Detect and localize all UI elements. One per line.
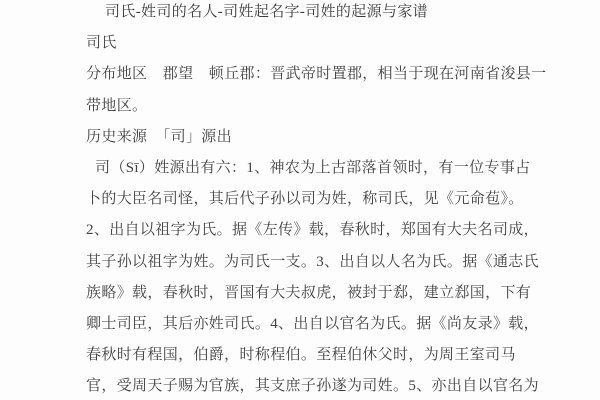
history-origin-heading: 历史来源 「司」源出 xyxy=(86,122,526,153)
surname-heading: 司氏 xyxy=(86,28,526,59)
origin-paragraph-line-4: 其子孙以祖字为姓。为司氏一支。3、出自以人名为氏。据《通志氏 xyxy=(86,247,526,278)
distribution-region-line-2: 带地区。 xyxy=(86,91,526,122)
origin-paragraph-line-7: 春秋时有程国，伯爵，时称程伯。至程伯休父时，为周王室司马 xyxy=(86,340,526,371)
document-page: 司氏-姓司的名人-司姓起名字-司姓的起源与家谱 司氏 分布地区 郡望 顿丘郡：晋… xyxy=(0,0,600,400)
origin-paragraph-line-2: 卜的大臣名司怪，其后代子孙以司为姓，称司氏，见《元命苞》。 xyxy=(86,184,526,215)
document-title: 司氏-姓司的名人-司姓起名字-司姓的起源与家谱 xyxy=(86,0,526,28)
origin-paragraph-line-8: 官，受周天子赐为官族，其支庶子孙遂为司姓。5、亦出自以官名为 xyxy=(86,371,526,400)
document-content: 司氏-姓司的名人-司姓起名字-司姓的起源与家谱 司氏 分布地区 郡望 顿丘郡：晋… xyxy=(86,0,526,400)
origin-paragraph-line-1: 司（Sī）姓源出有六：1、神农为上古部落首领时，有一位专事占 xyxy=(86,153,526,184)
origin-paragraph-line-3: 2、出自以祖字为氏。据《左传》载，春秋时，郑国有大夫名司成， xyxy=(86,215,526,246)
distribution-region-line-1: 分布地区 郡望 顿丘郡：晋武帝时置郡，相当于现在河南省浚县一 xyxy=(86,59,526,90)
origin-paragraph-line-5: 族略》载，春秋时，晋国有大夫叔虎，被封于郄，建立郄国，下有 xyxy=(86,278,526,309)
origin-paragraph-line-6: 卿士司臣，其后亦姓司氏。4、出自以官名为氏。据《尚友录》载， xyxy=(86,309,526,340)
